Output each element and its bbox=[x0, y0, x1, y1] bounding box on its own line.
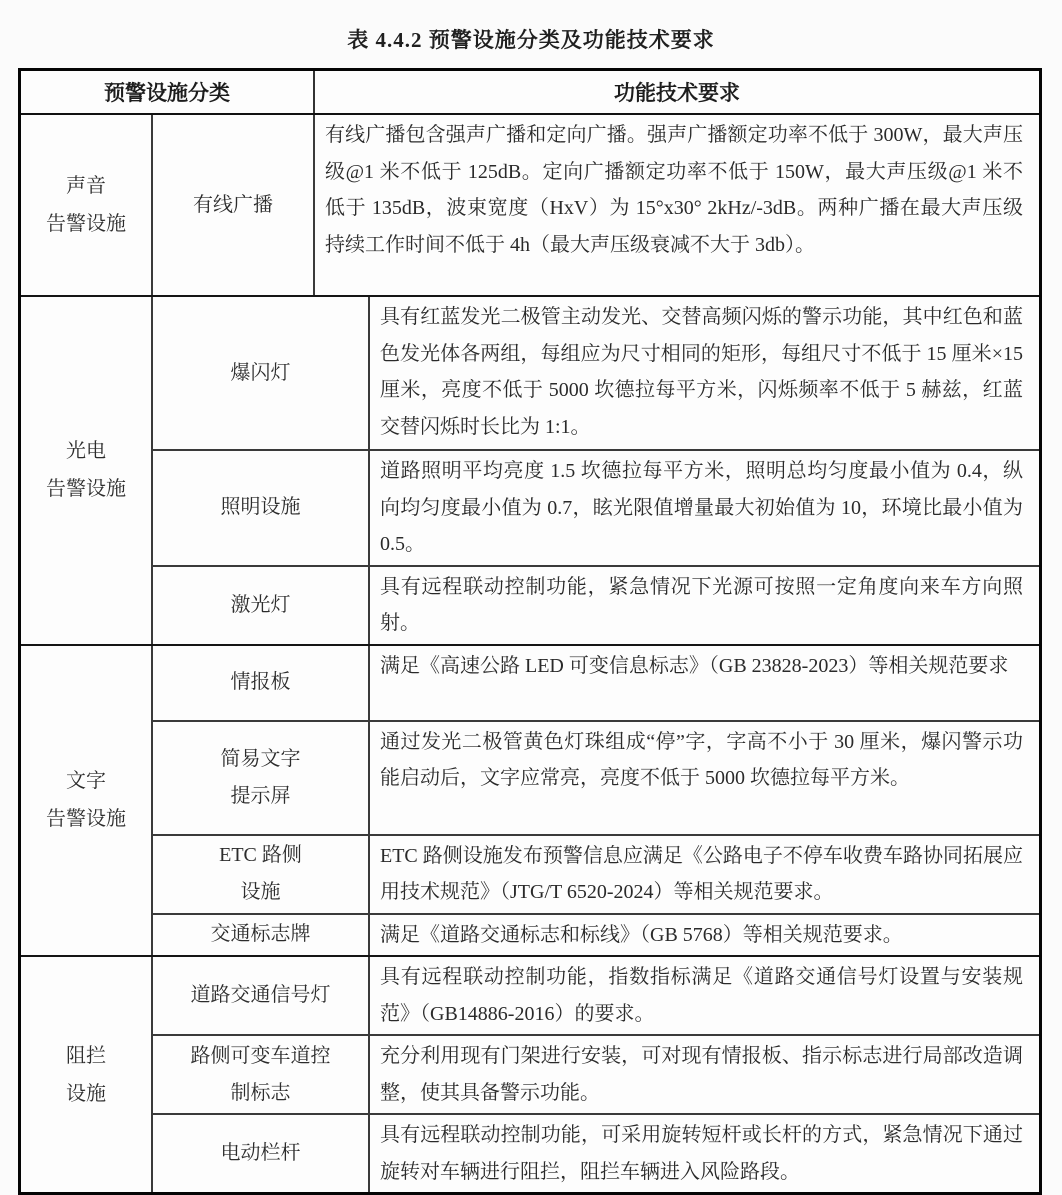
category-cell: 阻拦 设施 bbox=[21, 957, 153, 1192]
item-desc-cell: 道路照明平均亮度 1.5 坎德拉每平方米，照明总均匀度最小值为 0.4，纵向均匀… bbox=[370, 451, 1039, 565]
item-desc-cell: 具有远程联动控制功能，紧急情况下光源可按照一定角度向来车方向照射。 bbox=[370, 567, 1039, 644]
header-cell-requirements: 功能技术要求 bbox=[315, 71, 1039, 113]
section-photoelectric-warning: 光电 告警设施 爆闪灯 具有红蓝发光二极管主动发光、交替高频闪烁的警示功能，其中… bbox=[21, 295, 1039, 644]
table-row: 路侧可变车道控 制标志 充分利用现有门架进行安装，可对现有情报板、指示标志进行局… bbox=[153, 1034, 1039, 1113]
item-name-cell: 照明设施 bbox=[153, 451, 370, 565]
item-name-cell: 道路交通信号灯 bbox=[153, 957, 370, 1034]
item-name-cell: 有线广播 bbox=[153, 115, 315, 295]
table-row: 简易文字 提示屏 通过发光二极管黄色灯珠组成“停”字，字高不小于 30 厘米，爆… bbox=[153, 720, 1039, 834]
table-row: 激光灯 具有远程联动控制功能，紧急情况下光源可按照一定角度向来车方向照射。 bbox=[153, 565, 1039, 644]
table-row: 交通标志牌 满足《道路交通标志和标线》（GB 5768）等相关规范要求。 bbox=[153, 913, 1039, 956]
table-header-row: 预警设施分类 功能技术要求 bbox=[21, 71, 1039, 115]
table-row: ETC 路侧 设施 ETC 路侧设施发布预警信息应满足《公路电子不停车收费车路协… bbox=[153, 834, 1039, 913]
warning-facilities-table: 预警设施分类 功能技术要求 声音 告警设施 有线广播 有线广播包含强声广播和定向… bbox=[18, 68, 1042, 1195]
item-name-cell: 简易文字 提示屏 bbox=[153, 722, 370, 834]
item-desc-cell: 充分利用现有门架进行安装，可对现有情报板、指示标志进行局部改造调整，使其具备警示… bbox=[370, 1036, 1039, 1113]
item-desc-cell: 具有远程联动控制功能，指数指标满足《道路交通信号灯设置与安装规范》（GB1488… bbox=[370, 957, 1039, 1034]
item-desc-cell: 满足《高速公路 LED 可变信息标志》（GB 23828-2023）等相关规范要… bbox=[370, 646, 1039, 720]
section-text-warning: 文字 告警设施 情报板 满足《高速公路 LED 可变信息标志》（GB 23828… bbox=[21, 644, 1039, 956]
item-name-cell: 激光灯 bbox=[153, 567, 370, 644]
category-cell: 光电 告警设施 bbox=[21, 297, 153, 644]
item-name-cell: 路侧可变车道控 制标志 bbox=[153, 1036, 370, 1113]
table-row: 道路交通信号灯 具有远程联动控制功能，指数指标满足《道路交通信号灯设置与安装规范… bbox=[153, 957, 1039, 1034]
section-sound-warning: 声音 告警设施 有线广播 有线广播包含强声广播和定向广播。强声广播额定功率不低于… bbox=[21, 115, 1039, 295]
item-name-cell: 交通标志牌 bbox=[153, 915, 370, 956]
item-desc-cell: 满足《道路交通标志和标线》（GB 5768）等相关规范要求。 bbox=[370, 915, 1039, 956]
table-row: 爆闪灯 具有红蓝发光二极管主动发光、交替高频闪烁的警示功能，其中红色和蓝色发光体… bbox=[153, 297, 1039, 449]
item-name-cell: 情报板 bbox=[153, 646, 370, 720]
item-desc-cell: 具有远程联动控制功能，可采用旋转短杆或长杆的方式，紧急情况下通过旋转对车辆进行阻… bbox=[370, 1115, 1039, 1192]
item-desc-cell: 具有红蓝发光二极管主动发光、交替高频闪烁的警示功能，其中红色和蓝色发光体各两组，… bbox=[370, 297, 1039, 449]
table-title: 表 4.4.2 预警设施分类及功能技术要求 bbox=[0, 24, 1062, 54]
category-cell: 文字 告警设施 bbox=[21, 646, 153, 956]
item-name-cell: 爆闪灯 bbox=[153, 297, 370, 449]
item-desc-cell: ETC 路侧设施发布预警信息应满足《公路电子不停车收费车路协同拓展应用技术规范》… bbox=[370, 836, 1039, 913]
table-row: 有线广播 有线广播包含强声广播和定向广播。强声广播额定功率不低于 300W，最大… bbox=[153, 115, 1039, 295]
section-blocking-facilities: 阻拦 设施 道路交通信号灯 具有远程联动控制功能，指数指标满足《道路交通信号灯设… bbox=[21, 955, 1039, 1192]
category-cell: 声音 告警设施 bbox=[21, 115, 153, 295]
item-name-cell: 电动栏杆 bbox=[153, 1115, 370, 1192]
header-cell-classification: 预警设施分类 bbox=[21, 71, 315, 113]
table-row: 照明设施 道路照明平均亮度 1.5 坎德拉每平方米，照明总均匀度最小值为 0.4… bbox=[153, 449, 1039, 565]
item-desc-cell: 通过发光二极管黄色灯珠组成“停”字，字高不小于 30 厘米，爆闪警示功能启动后，… bbox=[370, 722, 1039, 834]
table-row: 情报板 满足《高速公路 LED 可变信息标志》（GB 23828-2023）等相… bbox=[153, 646, 1039, 720]
item-desc-cell: 有线广播包含强声广播和定向广播。强声广播额定功率不低于 300W，最大声压级@1… bbox=[315, 115, 1039, 295]
table-row: 电动栏杆 具有远程联动控制功能，可采用旋转短杆或长杆的方式，紧急情况下通过旋转对… bbox=[153, 1113, 1039, 1192]
item-name-cell: ETC 路侧 设施 bbox=[153, 836, 370, 913]
